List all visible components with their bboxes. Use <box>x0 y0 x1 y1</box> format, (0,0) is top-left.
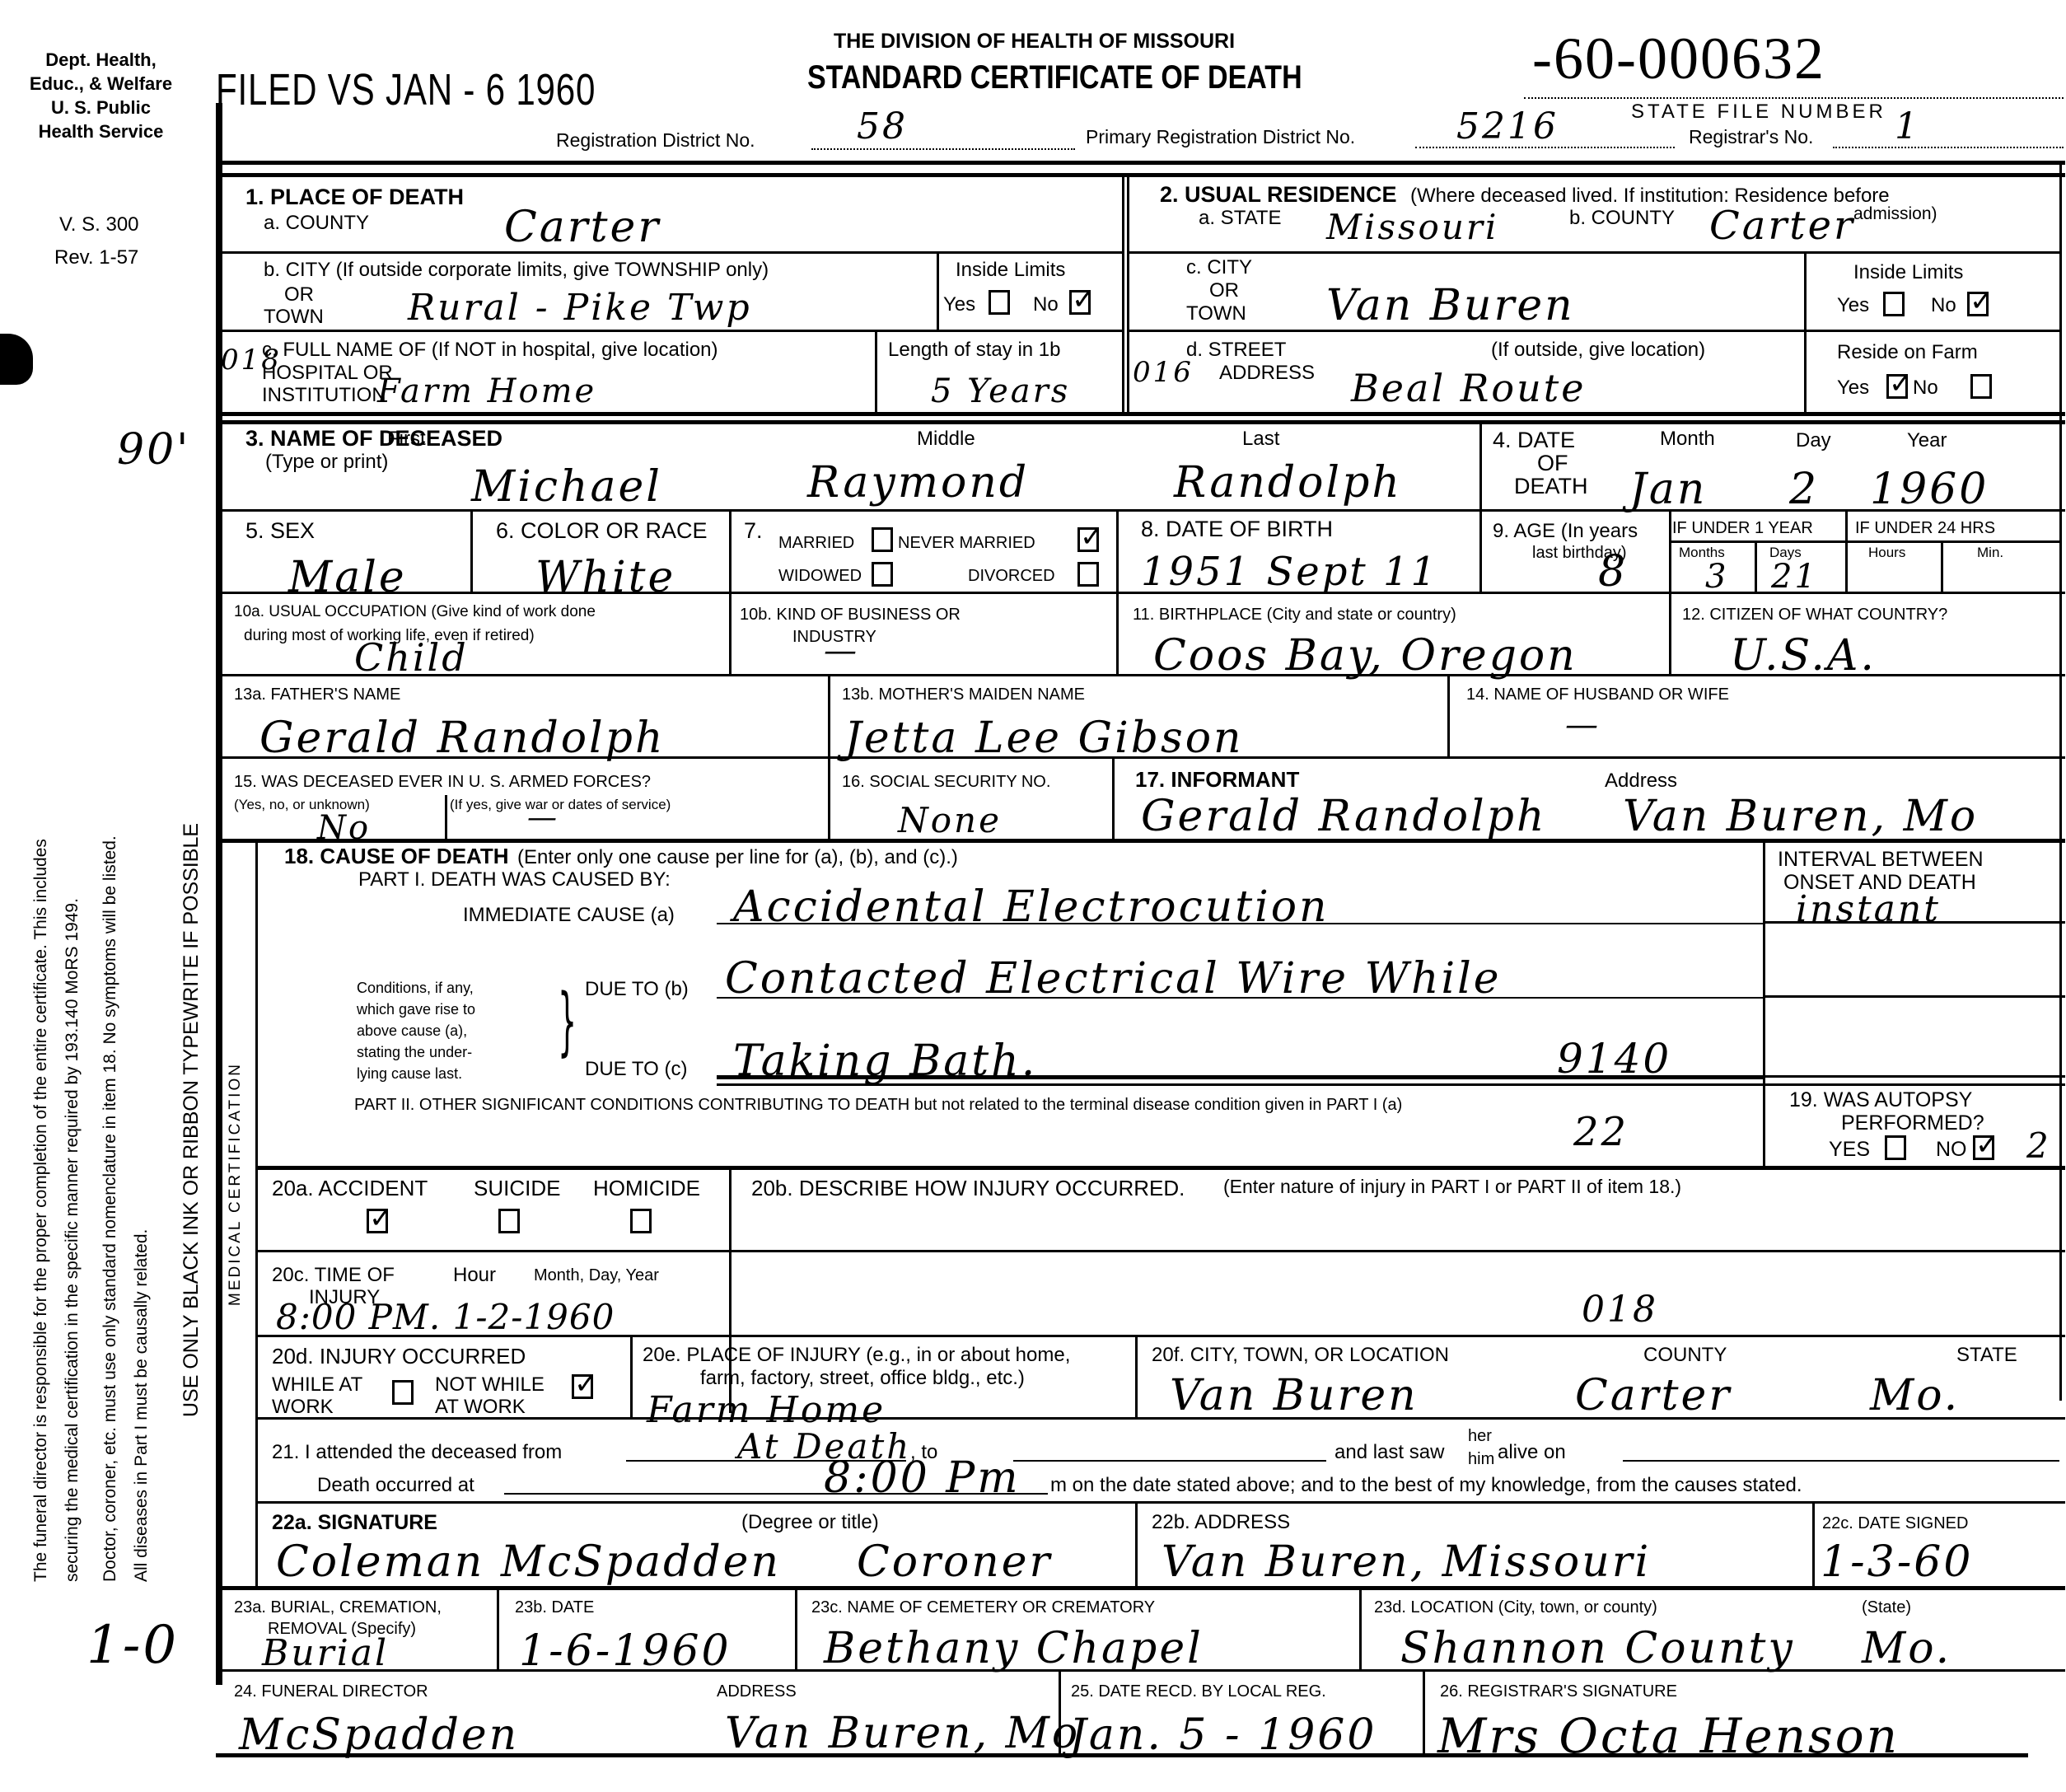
burial-value[interactable]: Burial <box>262 1635 389 1672</box>
never-married-checkbox[interactable] <box>1077 527 1099 552</box>
farm-yes: Yes <box>1837 377 1869 399</box>
death-month[interactable]: Jan <box>1629 468 1707 511</box>
month-label: Month <box>1660 428 1715 450</box>
rule <box>1127 251 2062 254</box>
divider <box>1127 175 1129 415</box>
division-title: THE DIVISION OF HEALTH OF MISSOURI <box>834 30 1235 54</box>
age-label: 9. AGE (In years <box>1493 521 1638 542</box>
certifier-address-label: 22b. ADDRESS <box>1152 1512 1290 1533</box>
informant-label: 17. INFORMANT <box>1135 768 1299 792</box>
manner-suicide-label: SUICIDE <box>474 1177 560 1200</box>
rule <box>216 173 2065 177</box>
part2-code: 22 <box>1573 1112 1629 1152</box>
birthplace-label: 11. BIRTHPLACE (City and state or countr… <box>1133 606 1456 624</box>
rule <box>216 330 1122 332</box>
deceased-first-name[interactable]: Michael <box>471 466 662 508</box>
days-value[interactable]: 21 <box>1771 560 1818 593</box>
attended-from-label: 21. I attended the deceased from <box>272 1442 562 1463</box>
registration-district-label: Registration District No. <box>556 130 755 151</box>
under-1-year-label: IF UNDER 1 YEAR <box>1672 519 1813 537</box>
death-year[interactable]: 1960 <box>1870 468 1989 511</box>
divider <box>1845 509 1848 592</box>
degree-label: (Degree or title) <box>741 1512 879 1533</box>
rule <box>216 592 2065 594</box>
mother-label: 13b. MOTHER'S MAIDEN NAME <box>842 685 1085 704</box>
state-file-number-label: STATE FILE NUMBER <box>1631 101 1886 124</box>
cause-of-death-hint: (Enter only one cause per line for (a), … <box>517 847 958 868</box>
spouse-label: 14. NAME OF HUSBAND OR WIFE <box>1466 685 1729 704</box>
ink-instruction: USE ONLY BLACK INK OR RIBBON TYPEWRITE I… <box>180 823 203 1417</box>
length-of-stay-value[interactable]: 5 Years <box>931 375 1070 408</box>
ur-city-label: c. CITY <box>1186 257 1252 278</box>
date-of-death-label-1: 4. DATE <box>1493 428 1575 453</box>
length-of-stay-label: Length of stay in 1b <box>888 339 1060 361</box>
pod-county-label: a. COUNTY <box>264 213 369 234</box>
state-file-number-rule <box>1524 97 2064 99</box>
while-at-work-label: WHILE AT <box>272 1374 362 1396</box>
injury-state-value[interactable]: Mo. <box>1870 1374 1960 1417</box>
divorced-checkbox[interactable] <box>1077 562 1099 587</box>
place-of-injury-value[interactable]: Farm Home <box>647 1392 886 1429</box>
usual-residence-note2: admission) <box>1853 204 1937 223</box>
divider <box>875 330 877 412</box>
rule <box>1763 921 2065 924</box>
mother-value[interactable]: Jetta Lee Gibson <box>844 717 1244 760</box>
form-left-border <box>216 103 222 1685</box>
divider <box>729 592 732 674</box>
divider <box>1669 509 1671 592</box>
registrars-no-rule <box>1833 147 2064 148</box>
describe-label: 20b. DESCRIBE HOW INJURY OCCURRED. <box>751 1177 1185 1200</box>
divider <box>1423 1669 1425 1754</box>
pod-inside-yes-checkbox[interactable] <box>989 290 1010 315</box>
place-of-injury-label: 20e. PLACE OF INJURY (e.g., in or about … <box>643 1345 1070 1366</box>
ur-city-or: OR <box>1209 280 1239 302</box>
conditions-note: which gave rise to <box>357 1002 475 1018</box>
due-to-c-label: DUE TO (c) <box>585 1059 687 1080</box>
ur-street-label-2: ADDRESS <box>1219 363 1315 384</box>
alive-on-label: alive on <box>1498 1442 1566 1463</box>
funeral-director-value[interactable]: McSpadden <box>239 1714 519 1757</box>
farm-no: No <box>1913 377 1938 399</box>
not-while-label-2: AT WORK <box>435 1397 526 1418</box>
date-recd-label: 25. DATE RECD. BY LOCAL REG. <box>1071 1682 1326 1701</box>
ur-county-label: b. COUNTY <box>1569 208 1675 229</box>
divider <box>255 842 258 1588</box>
farm-yes-checkbox[interactable] <box>1886 374 1908 399</box>
agency-line: Dept. Health, <box>16 48 185 72</box>
name-of-deceased-label: 3. NAME OF DECEASED <box>245 427 502 452</box>
cemetery-label: 23c. NAME OF CEMETERY OR CREMATORY <box>811 1598 1155 1617</box>
injury-occurred-label: 20d. INJURY OCCURRED <box>272 1345 526 1369</box>
describe-injury-field[interactable] <box>737 1207 2055 1248</box>
rule <box>717 1083 2065 1086</box>
registrars-no-value: 1 <box>1895 109 1920 145</box>
ur-inside-limits-label: Inside Limits <box>1853 262 1963 283</box>
ur-county-value[interactable]: Carter <box>1709 206 1855 246</box>
agency-line: Educ., & Welfare <box>16 72 185 96</box>
under-24-label: IF UNDER 24 HRS <box>1855 519 1995 537</box>
autopsy-yes: YES <box>1829 1139 1870 1162</box>
deceased-middle-name[interactable]: Raymond <box>807 461 1029 504</box>
certifier-address-value[interactable]: Van Buren, Missouri <box>1162 1541 1651 1584</box>
hospital-label-2: HOSPITAL OR <box>262 363 393 384</box>
married-checkbox[interactable] <box>872 527 893 552</box>
primary-registration-district-value: 5216 <box>1456 109 1559 145</box>
burial-label-1: 23a. BURIAL, CREMATION, <box>234 1598 442 1617</box>
margin-note-10: 1-0 <box>86 1619 179 1672</box>
date-of-death-label-3: DEATH <box>1514 475 1588 499</box>
divider <box>1112 756 1115 839</box>
married-label: MARRIED <box>778 534 854 552</box>
divider <box>828 674 830 756</box>
informant-value[interactable]: Gerald Randolph <box>1141 795 1546 838</box>
occupation-value[interactable]: Child <box>354 639 469 676</box>
filed-stamp: FILED VS JAN - 6 1960 <box>216 64 596 115</box>
mdy-label: Month, Day, Year <box>534 1266 659 1284</box>
never-married-label: NEVER MARRIED <box>898 534 1035 552</box>
immediate-cause-label: IMMEDIATE CAUSE (a) <box>463 905 675 926</box>
last-saw-label: and last saw <box>1334 1442 1444 1463</box>
divider <box>1116 509 1119 592</box>
death-occurred-suffix: m on the date stated above; and to the b… <box>1050 1475 1802 1496</box>
ssn-label: 16. SOCIAL SECURITY NO. <box>842 773 1050 791</box>
autopsy-label-1: 19. WAS AUTOPSY <box>1789 1089 1972 1112</box>
date-of-death-label-2: OF <box>1537 452 1568 476</box>
ur-street-label-1: d. STREET <box>1186 339 1286 361</box>
disposition-date-value[interactable]: 1-6-1960 <box>519 1630 732 1673</box>
hour-label: Hour <box>453 1265 496 1286</box>
signature-label: 22a. SIGNATURE <box>272 1512 437 1535</box>
time-of-injury-value[interactable]: 8:00 PM. 1-2-1960 <box>276 1300 615 1335</box>
divider <box>1755 540 1757 592</box>
pod-city-label: b. CITY (If outside corporate limits, gi… <box>264 260 769 281</box>
date-signed-label: 22c. DATE SIGNED <box>1822 1514 1968 1532</box>
birthplace-value[interactable]: Coos Bay, Oregon <box>1153 634 1578 677</box>
farm-no-checkbox[interactable] <box>1970 374 1992 399</box>
instruction-line: securing the medical certification in th… <box>63 898 82 1582</box>
street-margin-code: 016 <box>1133 358 1194 386</box>
injury-city-label: 20f. CITY, TOWN, OR LOCATION <box>1152 1345 1449 1366</box>
rule <box>216 1753 2028 1757</box>
divider <box>630 1335 633 1417</box>
part2-label: PART II. OTHER SIGNIFICANT CONDITIONS CO… <box>354 1096 1402 1114</box>
sex-label: 5. SEX <box>245 519 315 544</box>
last-label: Last <box>1242 428 1279 450</box>
location-label: 23d. LOCATION (City, town, or county) <box>1374 1598 1657 1617</box>
immediate-cause-value[interactable]: Accidental Electrocution <box>733 886 1330 929</box>
rule <box>1669 540 2062 543</box>
form-id: V. S. 300 <box>59 214 139 236</box>
divider <box>1059 1669 1061 1754</box>
business-value[interactable]: — <box>824 634 859 667</box>
not-while-at-work-checkbox[interactable] <box>572 1374 593 1399</box>
agency-block: Dept. Health, Educ., & Welfare U. S. Pub… <box>16 48 185 143</box>
rule <box>255 1335 2065 1337</box>
manner-accident-label: 20a. ACCIDENT <box>272 1177 428 1200</box>
injury-state-label: STATE <box>1956 1345 2017 1366</box>
informant-address[interactable]: Van Buren, Mo <box>1623 795 1978 838</box>
registrar-signature-label: 26. REGISTRAR'S SIGNATURE <box>1440 1682 1677 1701</box>
divider <box>1669 592 1671 674</box>
father-label: 13a. FATHER'S NAME <box>234 685 400 704</box>
rule <box>1127 330 2062 332</box>
medical-certification-label: MEDICAL CERTIFICATION <box>227 1062 245 1306</box>
divider <box>1941 540 1943 592</box>
divider <box>1447 674 1450 756</box>
signature-value[interactable]: Coleman McSpadden <box>276 1541 781 1584</box>
due-to-b-value[interactable]: Contacted Electrical Wire While <box>725 957 1502 1000</box>
divider <box>1479 509 1482 592</box>
pod-inside-limits-label: Inside Limits <box>956 260 1065 281</box>
hours-label: Hours <box>1868 545 1905 561</box>
form-right-border <box>2059 165 2062 1401</box>
date-recd-value[interactable]: Jan. 5 - 1960 <box>1069 1714 1377 1757</box>
divider <box>1135 1501 1138 1588</box>
autopsy-yes-checkbox[interactable] <box>1885 1135 1906 1160</box>
registration-district-rule <box>811 148 1075 150</box>
widowed-checkbox[interactable] <box>872 562 893 587</box>
her-label: her <box>1468 1427 1492 1445</box>
cause-of-death-label: 18. CAUSE OF DEATH <box>284 845 509 868</box>
autopsy-label-2: PERFORMED? <box>1841 1112 1984 1135</box>
deceased-last-name[interactable]: Randolph <box>1174 461 1402 504</box>
min-label: Min. <box>1977 545 2003 561</box>
day-label: Day <box>1796 430 1831 452</box>
rule <box>216 674 2065 676</box>
divider <box>1116 592 1119 674</box>
place-of-injury-label-2: farm, factory, street, office bldg., etc… <box>700 1368 1025 1389</box>
citizen-value[interactable]: U.S.A. <box>1730 634 1877 677</box>
ur-street-note: (If outside, give location) <box>1491 339 1705 361</box>
usual-residence-label: 2. USUAL RESIDENCE <box>1160 183 1397 208</box>
divider <box>497 1586 499 1671</box>
fd-address-value[interactable]: Van Buren, Mo <box>725 1712 1080 1755</box>
fd-address-label: ADDRESS <box>717 1682 797 1701</box>
months-value[interactable]: 3 <box>1705 560 1728 593</box>
funeral-director-label: 24. FUNERAL DIRECTOR <box>234 1682 428 1701</box>
suicide-checkbox[interactable] <box>498 1209 520 1233</box>
divider <box>470 509 473 592</box>
interval-label-1: INTERVAL BETWEEN <box>1778 849 1984 872</box>
conditions-note: above cause (a), <box>357 1023 467 1040</box>
injury-county-label: COUNTY <box>1643 1345 1727 1366</box>
divider <box>828 756 830 839</box>
ur-inside-no: No <box>1931 295 1956 316</box>
accident-checkbox[interactable] <box>367 1209 388 1233</box>
pod-inside-no: No <box>1033 294 1059 316</box>
pod-city-value[interactable]: Rural - Pike Twp <box>408 290 752 326</box>
date-signed-value[interactable]: 1-3-60 <box>1821 1541 1973 1584</box>
rule <box>1763 995 2065 998</box>
rule <box>216 412 2065 416</box>
him-label: him <box>1468 1450 1494 1468</box>
state-file-number: -60-000632 <box>1532 25 1825 93</box>
hospital-label-1: c. FULL NAME OF (If NOT in hospital, giv… <box>262 339 718 361</box>
conditions-brace: } <box>558 985 577 1059</box>
divider <box>1135 1335 1138 1417</box>
rule <box>216 1586 2065 1590</box>
instruction-line: All diseases in Part I must be causally … <box>132 1229 152 1582</box>
age-value[interactable]: 8 <box>1598 550 1628 593</box>
dob-value[interactable]: 1951 Sept 11 <box>1141 552 1438 592</box>
divider <box>1763 839 1765 1168</box>
spouse-value[interactable]: — <box>1565 709 1601 742</box>
degree-value[interactable]: Coroner <box>857 1541 1052 1584</box>
divider <box>1359 1586 1362 1671</box>
ur-city-town: TOWN <box>1186 303 1246 325</box>
place-of-death-label: 1. PLACE OF DEATH <box>245 185 464 210</box>
divider <box>1812 1501 1815 1588</box>
name-hint: (Type or print) <box>265 452 388 473</box>
divider <box>445 795 447 839</box>
primary-registration-district-label: Primary Registration District No. <box>1086 127 1355 147</box>
death-occurred-value[interactable]: 8:00 Pm <box>824 1457 1021 1500</box>
manner-homicide-label: HOMICIDE <box>593 1177 700 1200</box>
ur-state-label: a. STATE <box>1199 208 1281 229</box>
describe-hint: (Enter nature of injury in PART I or PAR… <box>1223 1177 1681 1197</box>
autopsy-code: 2 <box>2026 1129 2051 1163</box>
location-state-value[interactable]: Mo. <box>1862 1627 1951 1670</box>
armed-forces-label: 15. WAS DECEASED EVER IN U. S. ARMED FOR… <box>234 773 651 791</box>
conditions-note: lying cause last. <box>357 1066 462 1083</box>
cemetery-value[interactable]: Bethany Chapel <box>824 1627 1204 1670</box>
pod-city-or: OR <box>284 284 314 306</box>
rule <box>216 251 1122 254</box>
rule <box>255 1501 2065 1504</box>
while-at-work-label-2: WORK <box>272 1397 334 1418</box>
rule <box>255 1166 2065 1170</box>
conditions-note: stating the under- <box>357 1045 472 1061</box>
location-state-label: (State) <box>1862 1598 1911 1617</box>
ur-state-value[interactable]: Missouri <box>1326 210 1498 245</box>
death-day[interactable]: 2 <box>1789 468 1819 511</box>
agency-line: Health Service <box>16 119 185 143</box>
race-label: 6. COLOR OR RACE <box>496 519 708 544</box>
while-at-work-checkbox[interactable] <box>392 1380 414 1405</box>
autopsy-no-checkbox[interactable] <box>1973 1135 1994 1160</box>
hospital-value[interactable]: Farm Home <box>377 375 596 408</box>
divider <box>795 1586 797 1671</box>
middle-label: Middle <box>917 428 975 450</box>
marital-label: 7. <box>744 519 763 544</box>
page-title: STANDARD CERTIFICATE OF DEATH <box>807 59 1302 96</box>
dob-label: 8. DATE OF BIRTH <box>1141 517 1333 542</box>
divorced-label: DIVORCED <box>968 567 1055 585</box>
ur-inside-yes-checkbox[interactable] <box>1883 292 1905 316</box>
armed-forces-dates[interactable]: — <box>527 803 559 833</box>
first-label: First <box>387 428 426 450</box>
code-9140: 9140 <box>1557 1038 1671 1079</box>
rule <box>216 839 2065 843</box>
form-rev: Rev. 1-57 <box>54 247 138 269</box>
pod-inside-yes: Yes <box>943 294 975 316</box>
time-of-injury-label-1: 20c. TIME OF <box>272 1265 395 1286</box>
ur-inside-no-checkbox[interactable] <box>1967 292 1989 316</box>
rule <box>255 1417 2065 1420</box>
alive-on-line <box>1623 1460 2059 1462</box>
injury-county-value[interactable]: Carter <box>1575 1374 1732 1417</box>
agency-line: U. S. Public <box>16 96 185 119</box>
occupation-label: 10a. USUAL OCCUPATION (Give kind of work… <box>234 604 596 621</box>
rule <box>216 756 2065 759</box>
conditions-note: Conditions, if any, <box>357 980 474 997</box>
disposition-date-label: 23b. DATE <box>515 1598 594 1617</box>
rule <box>255 1250 2065 1252</box>
pod-inside-no-checkbox[interactable] <box>1069 290 1091 315</box>
autopsy-no: NO <box>1936 1139 1967 1162</box>
due-to-b-label: DUE TO (b) <box>585 979 689 1000</box>
not-while-label: NOT WHILE <box>435 1374 545 1396</box>
part1-label: PART I. DEATH WAS CAUSED BY: <box>358 869 671 891</box>
divider <box>729 509 732 592</box>
attended-to-line <box>1013 1460 1326 1462</box>
homicide-checkbox[interactable] <box>630 1209 652 1233</box>
instruction-line: The funeral director is responsible for … <box>31 560 51 1582</box>
rule <box>717 1075 2065 1078</box>
divider <box>1479 420 1482 511</box>
father-value[interactable]: Gerald Randolph <box>259 717 665 760</box>
ur-inside-yes: Yes <box>1837 295 1869 316</box>
rule <box>216 509 2065 512</box>
pod-city-town: TOWN <box>264 306 324 328</box>
code-018: 018 <box>1582 1292 1658 1328</box>
rule <box>216 161 2065 165</box>
ur-street-value[interactable]: Beal Route <box>1351 369 1586 407</box>
armed-forces-hint-2: (If yes, give war or dates of service) <box>450 798 671 813</box>
ink-blot <box>0 334 33 385</box>
business-label: 10b. KIND OF BUSINESS OR <box>740 606 961 624</box>
registration-district-value: 58 <box>857 109 908 145</box>
widowed-label: WIDOWED <box>778 567 862 585</box>
reside-on-farm-label: Reside on Farm <box>1837 342 1978 363</box>
informant-address-label: Address <box>1605 770 1677 792</box>
divider <box>1122 175 1124 415</box>
divider <box>937 251 939 330</box>
rule <box>216 420 2065 424</box>
death-occurred-label: Death occurred at <box>317 1475 474 1496</box>
registrars-no-label: Registrar's No. <box>1689 127 1813 147</box>
instruction-line: Doctor, coroner, etc. must use only stan… <box>100 835 120 1582</box>
margin-note-90: 90' <box>117 428 190 471</box>
hospital-label-3: INSTITUTION <box>262 385 386 406</box>
year-label: Year <box>1907 430 1947 452</box>
ur-city-value[interactable]: Van Buren <box>1326 284 1575 327</box>
injury-city-value[interactable]: Van Buren <box>1170 1374 1419 1417</box>
citizen-label: 12. CITIZEN OF WHAT COUNTRY? <box>1682 606 1947 624</box>
ssn-value[interactable]: None <box>898 803 1002 838</box>
pod-county-value[interactable]: Carter <box>504 206 661 249</box>
rule <box>216 1669 2065 1672</box>
location-value[interactable]: Shannon County <box>1400 1627 1795 1670</box>
